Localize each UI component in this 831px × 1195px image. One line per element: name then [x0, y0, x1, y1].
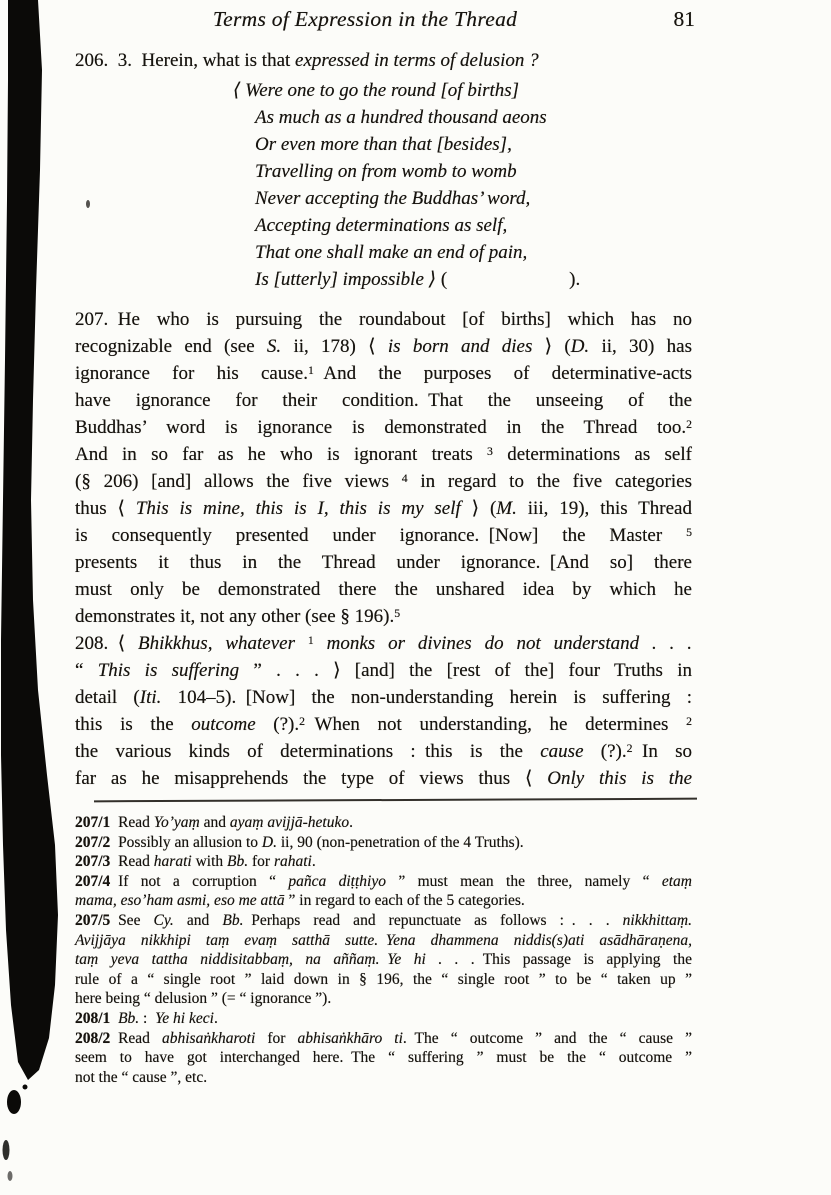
paragraph-207: 207. He who is pursuing the roundabout […: [75, 306, 692, 630]
paragraph-206: 206. 3. Herein, what is that expressed i…: [75, 47, 692, 74]
text-line: demonstrates it, not any other (see § 19…: [75, 603, 692, 630]
text-line: 207/2 Possibly an allusion to D. ii, 90 …: [75, 833, 692, 853]
text-line: And in so far as he who is ignorant trea…: [75, 441, 692, 468]
text-line: is consequently presented under ignoranc…: [75, 522, 692, 549]
text-line: (§ 206) [and] allows the five views 4 in…: [75, 468, 692, 495]
text-line: this is the outcome (?).2 When not under…: [75, 711, 692, 738]
binding-gutter-shadow: [0, 0, 80, 1195]
text-line: the various kinds of determinations : th…: [75, 738, 692, 765]
text-line: thus ⟨ This is mine, this is I, this is …: [75, 495, 692, 522]
paragraph-208: 208. ⟨ Bhikkhus, whatever 1 monks or div…: [75, 630, 692, 792]
text-line: Is [utterly] impossible ⟩ ().: [75, 266, 692, 293]
scanned-book-page: Terms of Expression in the Thread 81 206…: [0, 0, 831, 1195]
text-line: mama, eso’ham asmi, eso me attā ” in reg…: [75, 891, 692, 911]
text-line: far as he misapprehends the type of view…: [75, 765, 692, 792]
text-line: ⟨ Were one to go the round [of births]: [75, 77, 692, 104]
text-line: ignorance for his cause.1 And the purpos…: [75, 360, 692, 387]
text-line: not the “ cause ”, etc.: [75, 1068, 692, 1088]
running-title: Terms of Expression in the Thread: [75, 7, 655, 32]
text-line: Travelling on from womb to womb: [75, 158, 692, 185]
text-line: rule of a “ single root ” laid down in §…: [75, 970, 692, 990]
text-line: 206. 3. Herein, what is that expressed i…: [75, 47, 692, 74]
verse-quotation: ⟨ Were one to go the round [of births]As…: [75, 77, 692, 293]
body-text: 206. 3. Herein, what is that expressed i…: [75, 47, 692, 792]
text-line: “ This is suffering ” . . . ⟩ [and] the …: [75, 657, 692, 684]
text-line: As much as a hundred thousand aeons: [75, 104, 692, 131]
text-line: have ignorance for their condition. That…: [75, 387, 692, 414]
text-line: 208/1 Bb. : Ye hi keci.: [75, 1009, 692, 1029]
text-line: must only be demonstrated there the unsh…: [75, 576, 692, 603]
text-line: 207/5 See Cy. and Bb. Perhaps read and r…: [75, 911, 692, 931]
text-line: That one shall make an end of pain,: [75, 239, 692, 266]
text-line: 207/1 Read Yo’yaṃ and ayaṃ avijjā-hetuko…: [75, 813, 692, 833]
text-line: recognizable end (see S. ii, 178) ⟨ is b…: [75, 333, 692, 360]
footnote-rule: [94, 798, 697, 803]
text-line: taṃ yeva tattha niddisitabbaṃ, na aññaṃ.…: [75, 950, 692, 970]
text-line: seem to have got interchanged here. The …: [75, 1048, 692, 1068]
text-line: detail (Iti. 104–5). [Now] the non-under…: [75, 684, 692, 711]
text-line: 207. He who is pursuing the roundabout […: [75, 306, 692, 333]
text-line: 207/4 If not a corruption “ pañca diṭṭhi…: [75, 872, 692, 892]
text-line: Buddhas’ word is ignorance is demonstrat…: [75, 414, 692, 441]
text-line: 208/2 Read abhisaṅkharoti for abhisaṅkhā…: [75, 1029, 692, 1049]
text-line: Accepting determinations as self,: [75, 212, 692, 239]
text-line: Or even more than that [besides],: [75, 131, 692, 158]
text-line: Never accepting the Buddhas’ word,: [75, 185, 692, 212]
text-line: Avijjāya nikkhipi taṃ evaṃ satthā sutte.…: [75, 931, 692, 951]
text-line: 208. ⟨ Bhikkhus, whatever 1 monks or div…: [75, 630, 692, 657]
page-number: 81: [674, 7, 696, 32]
page-header: Terms of Expression in the Thread 81: [75, 7, 695, 39]
footnotes-block: 207/1 Read Yo’yaṃ and ayaṃ avijjā-hetuko…: [75, 813, 692, 1087]
text-line: here being “ delusion ” (= “ ignorance ”…: [75, 989, 692, 1009]
text-line: presents it thus in the Thread under ign…: [75, 549, 692, 576]
text-line: 207/3 Read harati with Bb. for rahati.: [75, 852, 692, 872]
